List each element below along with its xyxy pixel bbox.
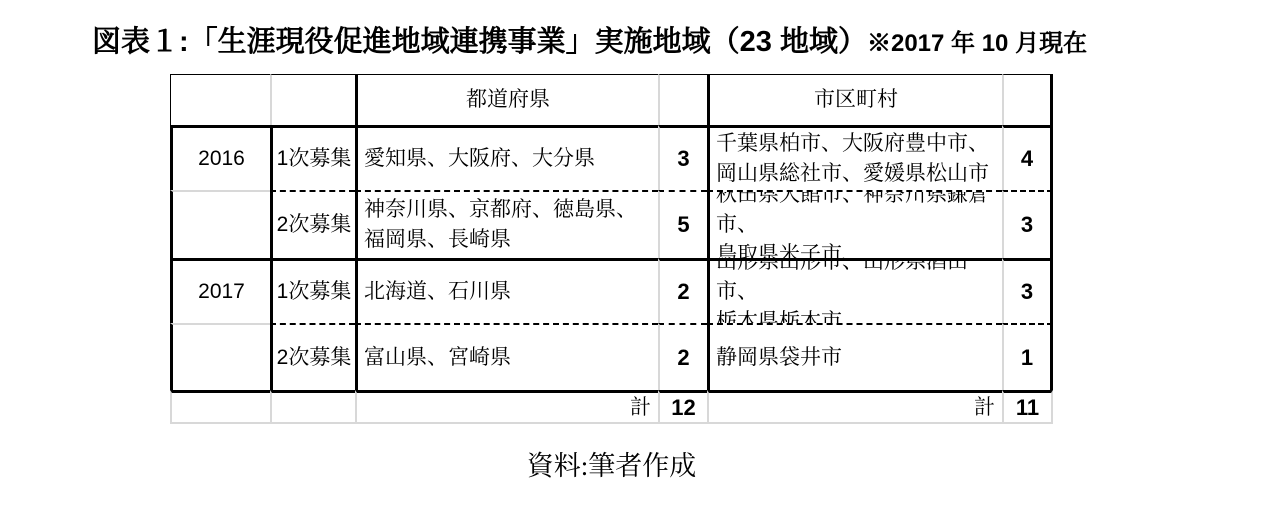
prefectures-cell: 北海道、石川県 xyxy=(355,258,658,323)
figure-title-main: 図表１:「生涯現役促進地域連携事業」実施地域（23 地域） xyxy=(92,19,867,60)
round-cell: 1次募集 xyxy=(270,125,355,190)
total-value-prefecture: 12 xyxy=(658,390,707,424)
municipalities-cell: 千葉県柏市、大阪府豊中市、 岡山県総社市、愛媛県松山市 xyxy=(707,125,1002,190)
source-note: 資料:筆者作成 xyxy=(170,444,1053,483)
prefectures-cell: 富山県、宮崎県 xyxy=(355,323,658,390)
header-cell-empty-round xyxy=(270,74,355,125)
municipalities-cell: 山形県山形市、山形県酒田市、 栃木県栃木市 xyxy=(707,258,1002,323)
municipalities-cell: 秋田県大館市、神奈川県鎌倉市、 鳥取県米子市、 xyxy=(707,190,1002,258)
year-cell xyxy=(170,190,270,258)
header-cell-prefecture: 都道府県 xyxy=(355,74,658,125)
prefecture-count-cell: 2 xyxy=(658,323,707,390)
prefecture-count-cell: 3 xyxy=(658,125,707,190)
year-cell xyxy=(170,323,270,390)
municipality-count-cell: 3 xyxy=(1002,190,1053,258)
header-cell-empty-muni-count xyxy=(1002,74,1053,125)
total-value-municipality: 11 xyxy=(1002,390,1053,424)
prefecture-count-cell: 5 xyxy=(658,190,707,258)
year-cell: 2016 xyxy=(170,125,270,190)
municipality-count-cell: 1 xyxy=(1002,323,1053,390)
header-cell-empty-pref-count xyxy=(658,74,707,125)
year-cell: 2017 xyxy=(170,258,270,323)
header-cell-empty-year xyxy=(170,74,270,125)
total-empty-round xyxy=(270,390,355,424)
round-cell: 2次募集 xyxy=(270,323,355,390)
municipality-count-cell: 3 xyxy=(1002,258,1053,323)
prefectures-cell: 神奈川県、京都府、徳島県、 福岡県、長崎県 xyxy=(355,190,658,258)
total-label-municipality: 計 xyxy=(707,390,1002,424)
round-cell: 2次募集 xyxy=(270,190,355,258)
regions-table: 都道府県 市区町村 2016 1次募集 愛知県、大阪府、大分県 3 千葉県柏市、… xyxy=(170,74,1053,424)
prefectures-cell: 愛知県、大阪府、大分県 xyxy=(355,125,658,190)
header-cell-municipality: 市区町村 xyxy=(707,74,1002,125)
municipalities-cell: 静岡県袋井市 xyxy=(707,323,1002,390)
municipality-count-cell: 4 xyxy=(1002,125,1053,190)
total-empty-year xyxy=(170,390,270,424)
figure-title-suffix: ※2017 年 10 月現在 xyxy=(867,23,1087,58)
prefecture-count-cell: 2 xyxy=(658,258,707,323)
total-label-prefecture: 計 xyxy=(355,390,658,424)
round-cell: 1次募集 xyxy=(270,258,355,323)
figure-title: 図表１:「生涯現役促進地域連携事業」実施地域（23 地域） ※2017 年 10… xyxy=(92,19,1087,60)
